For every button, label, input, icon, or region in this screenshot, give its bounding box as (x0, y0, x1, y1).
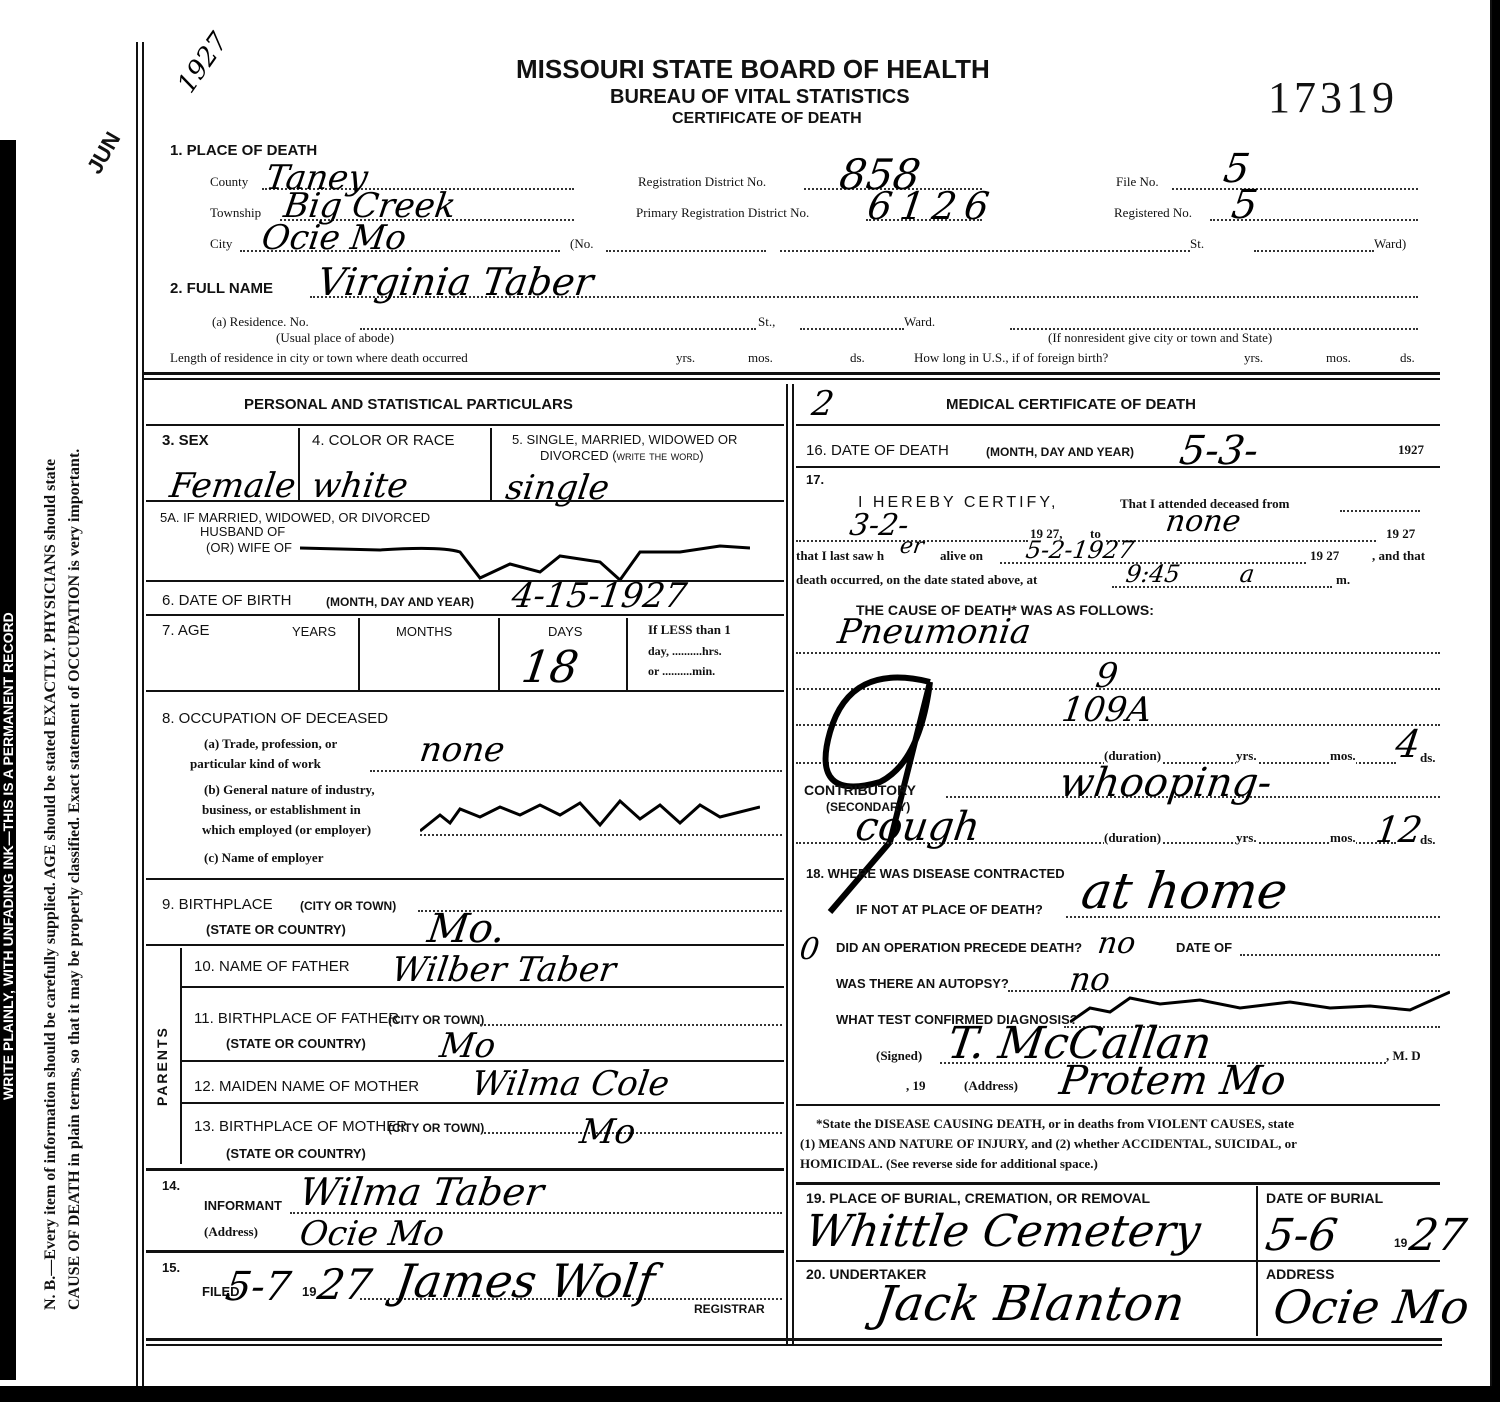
occ-c-label: (c) Name of employer (204, 850, 323, 866)
undertaker-value[interactable]: Jack Blanton (872, 1276, 1188, 1332)
city-label: City (210, 236, 232, 252)
row-line-12 (182, 1102, 784, 1104)
foreign-yrs: yrs. (1244, 350, 1263, 366)
days-value[interactable]: 18 (518, 642, 581, 693)
row-line-9 (146, 944, 784, 946)
years-divider (358, 618, 360, 690)
race-label: 4. COLOR OR RACE (312, 432, 455, 449)
row-line-19 (796, 1260, 1440, 1262)
footnote-3: HOMICIDAL. (See reverse side for additio… (800, 1156, 1098, 1172)
alive-on-label: alive on (940, 548, 983, 564)
date-of-label: DATE OF (1176, 940, 1232, 955)
township-label: Township (210, 205, 261, 221)
contrib-yrs-label: yrs. (1236, 830, 1257, 846)
dob-label: 6. DATE OF BIRTH (162, 592, 291, 609)
race-marital-divider (490, 428, 492, 500)
length-residence-label: Length of residence in city or town wher… (170, 350, 468, 366)
birthplace-label: 9. BIRTHPLACE (162, 896, 273, 913)
attended-to-line (1106, 540, 1376, 542)
residence-no-line (360, 328, 756, 330)
filed-year[interactable]: 27 (315, 1260, 375, 1309)
certificate-number: 17319 (1268, 72, 1398, 123)
divider-bottom-2 (146, 1344, 1442, 1346)
nonresident-note: (If nonresident give city or town and St… (1048, 330, 1272, 346)
file-no-label: File No. (1116, 174, 1159, 190)
medical-section-title: MEDICAL CERTIFICATE OF DEATH (946, 396, 1196, 413)
certify-from-line (1340, 510, 1420, 512)
personal-section-title: PERSONAL AND STATISTICAL PARTICULARS (244, 396, 573, 413)
burial-value[interactable]: Whittle Cemetery (802, 1206, 1203, 1257)
occ-a-label-1: (a) Trade, profession, or (204, 736, 337, 752)
contrib-duration-label: (duration) (1104, 830, 1161, 846)
full-name-value[interactable]: Virginia Taber (315, 260, 596, 304)
center-divider-2 (792, 384, 794, 1344)
operation-value[interactable]: no (1096, 926, 1138, 961)
length-ds: ds. (850, 350, 865, 366)
father-bp-state-label: (STATE OR COUNTRY) (226, 1036, 366, 1051)
dob-value[interactable]: 4-15-1927 (509, 576, 689, 616)
cause-code-2[interactable]: 109A (1059, 690, 1154, 730)
months-divider (498, 618, 500, 690)
occ-b-label-3: which employed (or employer) (202, 822, 371, 838)
divider-top (144, 372, 1440, 375)
registrar-signature[interactable]: James Wolf (392, 1254, 658, 1308)
left-border-inner (142, 42, 144, 1386)
certificate-page: N. B.—Every item of information should b… (0, 0, 1492, 1386)
marital-value[interactable]: single (503, 468, 612, 508)
medical-mark: 2 (809, 384, 836, 424)
margin-banner: WRITE PLAINLY, WITH UNFADING INK—THIS IS… (0, 612, 16, 1100)
city-st-label: St. (1190, 236, 1204, 252)
contrib-mos-label: mos. (1330, 830, 1356, 846)
operation-date-line (1240, 954, 1440, 956)
informant-value[interactable]: Wilma Taber (297, 1170, 547, 1214)
filed-num: 15. (162, 1260, 180, 1275)
row-line-6 (146, 614, 784, 616)
if-not-label: IF NOT AT PLACE OF DEATH? (856, 902, 1043, 917)
signed-label: (Signed) (876, 1048, 922, 1064)
city-no-line (606, 250, 766, 252)
city-value[interactable]: Ocie Mo (259, 218, 409, 258)
autopsy-label: WAS THERE AN AUTOPSY? (836, 976, 1009, 991)
burial-date-value[interactable]: 5-6 (1262, 1210, 1340, 1261)
informant-num: 14. (162, 1178, 180, 1193)
contributory-value[interactable]: whooping- (1057, 760, 1275, 806)
mother-bp-label: 13. BIRTHPLACE OF MOTHER (194, 1118, 407, 1135)
dod-year: 1927 (1398, 442, 1424, 458)
and-that: , and that (1372, 548, 1425, 564)
mother-bp-state-label: (STATE OR COUNTRY) (226, 1146, 366, 1161)
burial-year-prefix: 19 (1394, 1236, 1407, 1250)
row-line-10 (182, 986, 784, 988)
margin-note-line2: CAUSE OF DEATH in plain terms, so that i… (66, 449, 84, 1310)
footnote-1: *State the DISEASE CAUSING DEATH, or in … (816, 1116, 1294, 1132)
burial-label: 19. PLACE OF BURIAL, CREMATION, OR REMOV… (806, 1190, 1150, 1206)
less-label-2: day, ..........hrs. (648, 644, 722, 659)
filed-year-prefix: 19 (302, 1284, 316, 1299)
md-label: , M. D (1386, 1048, 1421, 1064)
cause-duration-days[interactable]: 4 (1393, 722, 1423, 766)
spouse-label-3: (OR) WIFE OF (206, 540, 292, 555)
death-time[interactable]: 9:45 (1124, 560, 1182, 588)
father-value[interactable]: Wilber Taber (389, 950, 618, 990)
stamp-month: JUN (82, 127, 127, 178)
row-line-8 (146, 878, 784, 880)
contributory-value-2[interactable]: cough (853, 804, 983, 850)
years-label: YEARS (292, 624, 336, 639)
residence-sublabel: (Usual place of abode) (276, 330, 394, 346)
county-label: County (210, 174, 248, 190)
sex-label: 3. SEX (162, 432, 209, 449)
contributory-label: CONTRIBUTORY (804, 782, 916, 798)
where-contracted-value[interactable]: at home (1078, 862, 1291, 920)
spouse-label-1: 5A. IF MARRIED, WIDOWED, OR DIVORCED (160, 510, 430, 525)
last-saw-pronoun[interactable]: er (898, 534, 925, 559)
row-line-7 (146, 690, 784, 692)
footnote-2: (1) MEANS AND NATURE OF INJURY, and (2) … (800, 1136, 1297, 1152)
city-ward-line (1254, 250, 1374, 252)
less-label-3: or ..........min. (648, 664, 715, 679)
undertaker-addr-value[interactable]: Ocie Mo (1270, 1280, 1472, 1334)
occ-a-value[interactable]: none (417, 730, 507, 770)
occ-b-label-2: business, or establishment in (202, 802, 361, 818)
dob-sublabel: (MONTH, DAY AND YEAR) (326, 595, 474, 609)
occ-b-scribble (420, 795, 760, 835)
to-year: 19 27 (1386, 526, 1415, 542)
parents-divider (180, 948, 182, 1164)
dod-label: 16. DATE OF DEATH (806, 442, 949, 459)
item-17: 17. (806, 472, 824, 487)
place-of-death-label: 1. PLACE OF DEATH (170, 142, 317, 159)
filed-date[interactable]: 5-7 (223, 1264, 294, 1310)
informant-addr-value[interactable]: Ocie Mo (297, 1214, 447, 1254)
margin-note-line1: N. B.—Every item of information should b… (42, 459, 60, 1310)
row-line-14 (146, 1250, 784, 1253)
age-label: 7. AGE (162, 622, 210, 639)
residence-st-label: St., (758, 314, 775, 330)
registrar-label: REGISTRAR (694, 1302, 765, 1316)
marital-label: 5. SINGLE, MARRIED, WIDOWED OR (512, 432, 737, 447)
residence-ward-line (800, 328, 904, 330)
address-label: (Address) (964, 1078, 1018, 1094)
header-doc-type: CERTIFICATE OF DEATH (672, 110, 862, 128)
foreign-ds: ds. (1400, 350, 1415, 366)
where-contracted-label: 18. WHERE WAS DISEASE CONTRACTED (806, 866, 1065, 881)
registered-no-label: Registered No. (1114, 205, 1192, 221)
less-label-1: If LESS than 1 (648, 622, 731, 638)
mother-label: 12. MAIDEN NAME OF MOTHER (194, 1078, 419, 1095)
alive-year: 19 27 (1310, 548, 1339, 564)
contrib-ds-label: ds. (1420, 832, 1436, 848)
operation-mark: 0 (798, 932, 822, 967)
death-ampm[interactable]: a (1238, 560, 1256, 588)
right-border (1490, 0, 1492, 1386)
occ-a-line (370, 770, 782, 772)
row-line-11 (182, 1060, 784, 1062)
death-occurred-label: death occurred, on the date stated above… (796, 572, 1037, 588)
mother-bp-value[interactable]: Mo (577, 1112, 638, 1152)
center-divider (786, 384, 788, 1344)
divider-top-2 (144, 378, 1440, 380)
occ-b-label-1: (b) General nature of industry, (204, 782, 375, 798)
row-line-16 (796, 466, 1440, 468)
length-yrs: yrs. (676, 350, 695, 366)
left-border (136, 42, 138, 1386)
informant-label: INFORMANT (204, 1198, 282, 1213)
foreign-mos: mos. (1326, 350, 1351, 366)
length-mos: mos. (748, 350, 773, 366)
file-no-line (1172, 188, 1418, 190)
dod-sublabel: (MONTH, DAY AND YEAR) (986, 445, 1134, 459)
cause-value[interactable]: Pneumonia (835, 612, 1033, 652)
mother-bp-sublabel: (CITY OR TOWN) (388, 1121, 484, 1135)
parents-label: PARENTS (154, 1026, 170, 1106)
marital-label-2: DIVORCED (write the word) (540, 448, 704, 463)
spouse-label-2: HUSBAND OF (200, 524, 285, 539)
father-bp-label: 11. BIRTHPLACE OF FATHER (194, 1010, 399, 1027)
city-ward-label: Ward) (1374, 236, 1406, 252)
residence-ward-label: Ward. (904, 314, 935, 330)
occ-a-label-2: particular kind of work (190, 756, 321, 772)
city-st-line (780, 250, 1190, 252)
mother-value[interactable]: Wilma Cole (469, 1064, 672, 1104)
reg-district-label: Registration District No. (638, 174, 766, 190)
burial-date-label: DATE OF BURIAL (1266, 1190, 1383, 1206)
header-subtitle: BUREAU OF VITAL STATISTICS (610, 86, 910, 109)
days-label: DAYS (548, 624, 582, 639)
registered-no-value[interactable]: 5 (1229, 182, 1261, 228)
header-title: MISSOURI STATE BOARD OF HEALTH (516, 54, 990, 85)
sex-race-divider (298, 428, 300, 500)
father-label: 10. NAME OF FATHER (194, 958, 350, 975)
primary-reg-label: Primary Registration District No. (636, 205, 809, 221)
birthplace-state-label: (STATE OR COUNTRY) (206, 922, 346, 937)
father-bp-city-line (480, 1024, 782, 1026)
address-value[interactable]: Protem Mo (1057, 1058, 1289, 1104)
days-divider (626, 618, 628, 690)
stamp-year: 1927 (172, 27, 235, 98)
cause-mos-label: mos. (1330, 748, 1356, 764)
occupation-label: 8. OCCUPATION OF DECEASED (162, 710, 388, 727)
row-line-footnote (796, 1182, 1440, 1185)
city-no-label: (No. (570, 236, 593, 252)
informant-addr-label: (Address) (204, 1224, 258, 1240)
birthplace-sublabel: (CITY OR TOWN) (300, 899, 396, 913)
cause-ds-label: ds. (1420, 750, 1436, 766)
residence-label: (a) Residence. No. (212, 314, 309, 330)
medical-title-line (796, 424, 1440, 426)
alive-on-value[interactable]: 5-2-1927 (1024, 536, 1136, 564)
father-bp-sublabel: (CITY OR TOWN) (388, 1013, 484, 1027)
cause-line-1 (796, 652, 1440, 654)
divider-bottom (146, 1338, 1442, 1341)
burial-year[interactable]: 27 (1406, 1210, 1469, 1261)
year-label: , 19 (906, 1078, 926, 1094)
operation-label: DID AN OPERATION PRECEDE DEATH? (836, 940, 1082, 955)
full-name-label: 2. FULL NAME (170, 280, 273, 297)
row-line-5 (146, 500, 784, 502)
m-label: m. (1336, 572, 1350, 588)
foreign-label: How long in U.S., if of foreign birth? (914, 350, 1108, 366)
row-line-signed (796, 1104, 1440, 1106)
contrib-duration-days[interactable]: 12 (1373, 810, 1425, 851)
primary-reg-value[interactable]: 6126 (865, 184, 1000, 228)
personal-title-line (146, 424, 784, 426)
attended-to-value[interactable]: none (1164, 504, 1243, 539)
last-saw-label: that I last saw h (796, 548, 884, 564)
months-label: MONTHS (396, 624, 452, 639)
